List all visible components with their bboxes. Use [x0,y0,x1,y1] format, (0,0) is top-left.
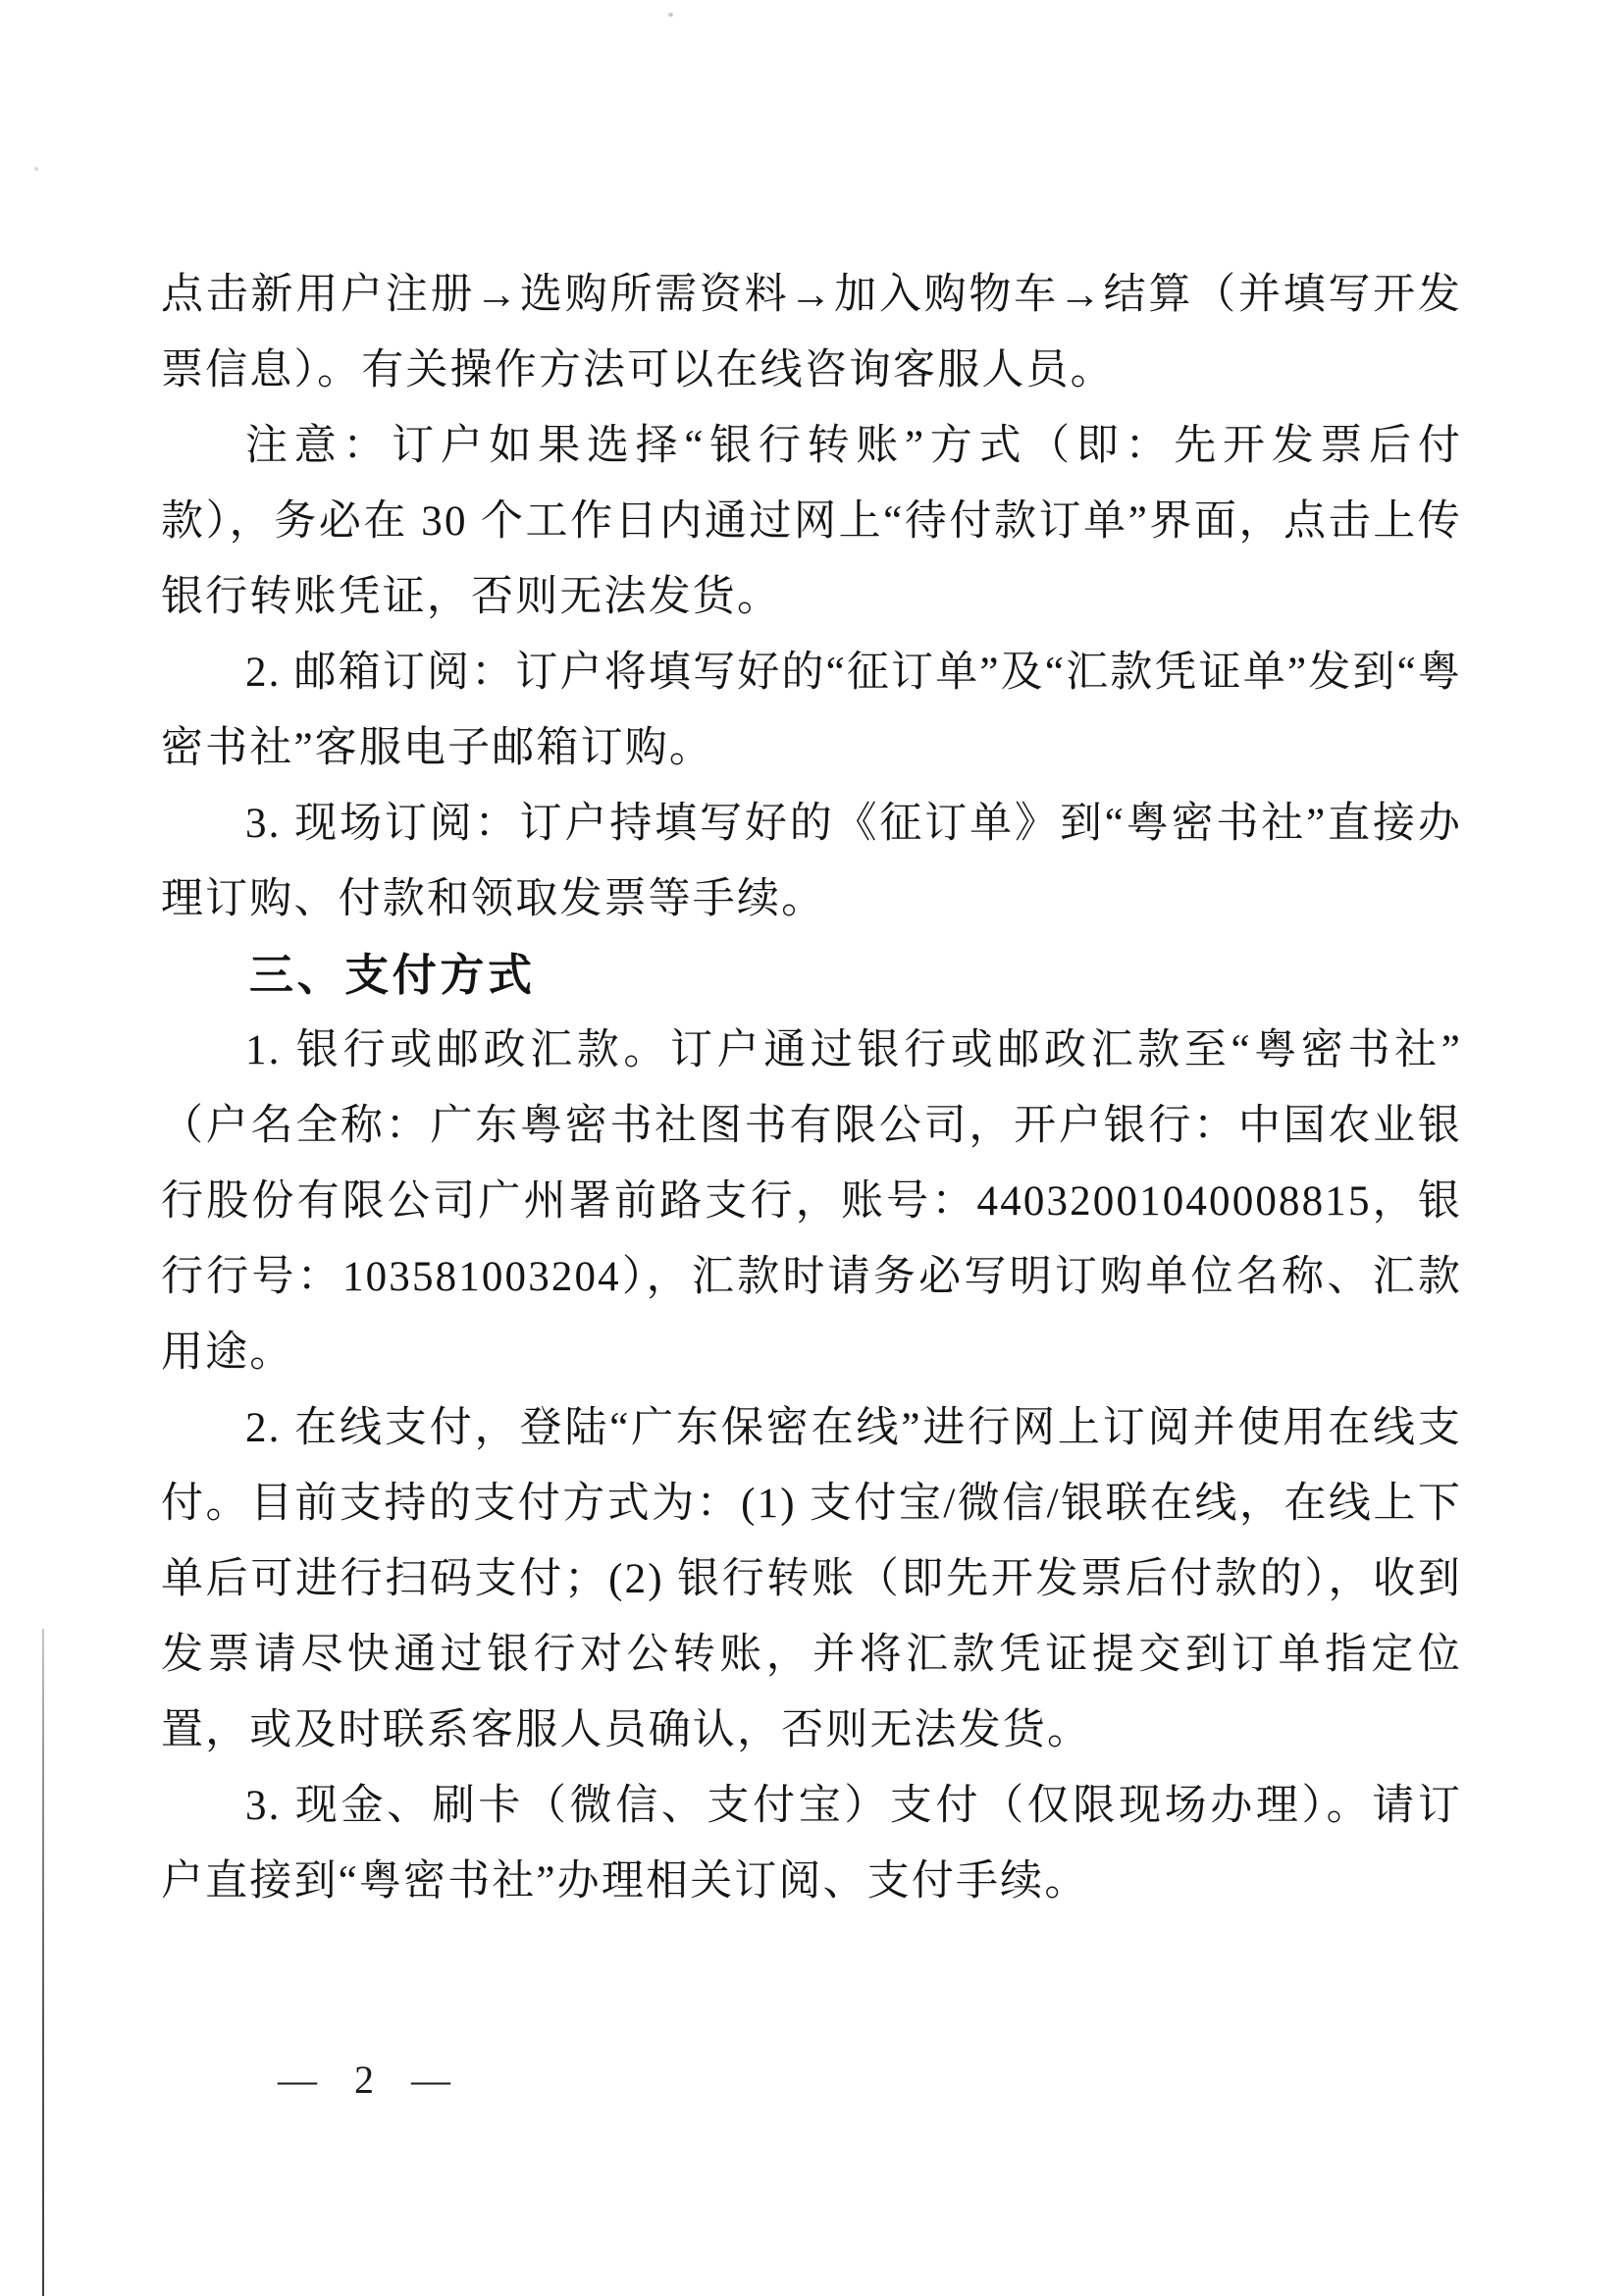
scanned-document-page: 点击新用户注册→选购所需资料→加入购物车→结算（并填写开发票信息）。有关操作方法… [0,0,1624,2296]
paragraph-onsite-subscription: 3. 现场订阅：订户持填写好的《征订单》到“粤密书社”直接办理订购、付款和领取发… [161,786,1462,937]
section-heading-payment-methods: 三、支付方式 [161,937,1462,1013]
scan-noise-speck [668,13,673,17]
document-body: 点击新用户注册→选购所需资料→加入购物车→结算（并填写开发票信息）。有关操作方法… [161,257,1462,1919]
scan-noise-speck [34,167,38,171]
paragraph-bank-transfer-note: 注意：订户如果选择“银行转账”方式（即：先开发票后付款），务必在 30 个工作日… [161,408,1462,635]
scan-artifact-line [42,1629,44,2296]
paragraph-registration-steps: 点击新用户注册→选购所需资料→加入购物车→结算（并填写开发票信息）。有关操作方法… [161,257,1462,408]
paragraph-online-payment: 2. 在线支付，登陆“广东保密在线”进行网上订阅并使用在线支付。目前支持的支付方… [161,1390,1462,1768]
paragraph-bank-postal-remittance: 1. 银行或邮政汇款。订户通过银行或邮政汇款至“粤密书社”（户名全称：广东粤密书… [161,1013,1462,1390]
paragraph-email-subscription: 2. 邮箱订阅：订户将填写好的“征订单”及“汇款凭证单”发到“粤密书社”客服电子… [161,635,1462,786]
page-number: — 2 — [278,2057,464,2103]
paragraph-cash-card-payment: 3. 现金、刷卡（微信、支付宝）支付（仅限现场办理）。请订户直接到“粤密书社”办… [161,1768,1462,1919]
